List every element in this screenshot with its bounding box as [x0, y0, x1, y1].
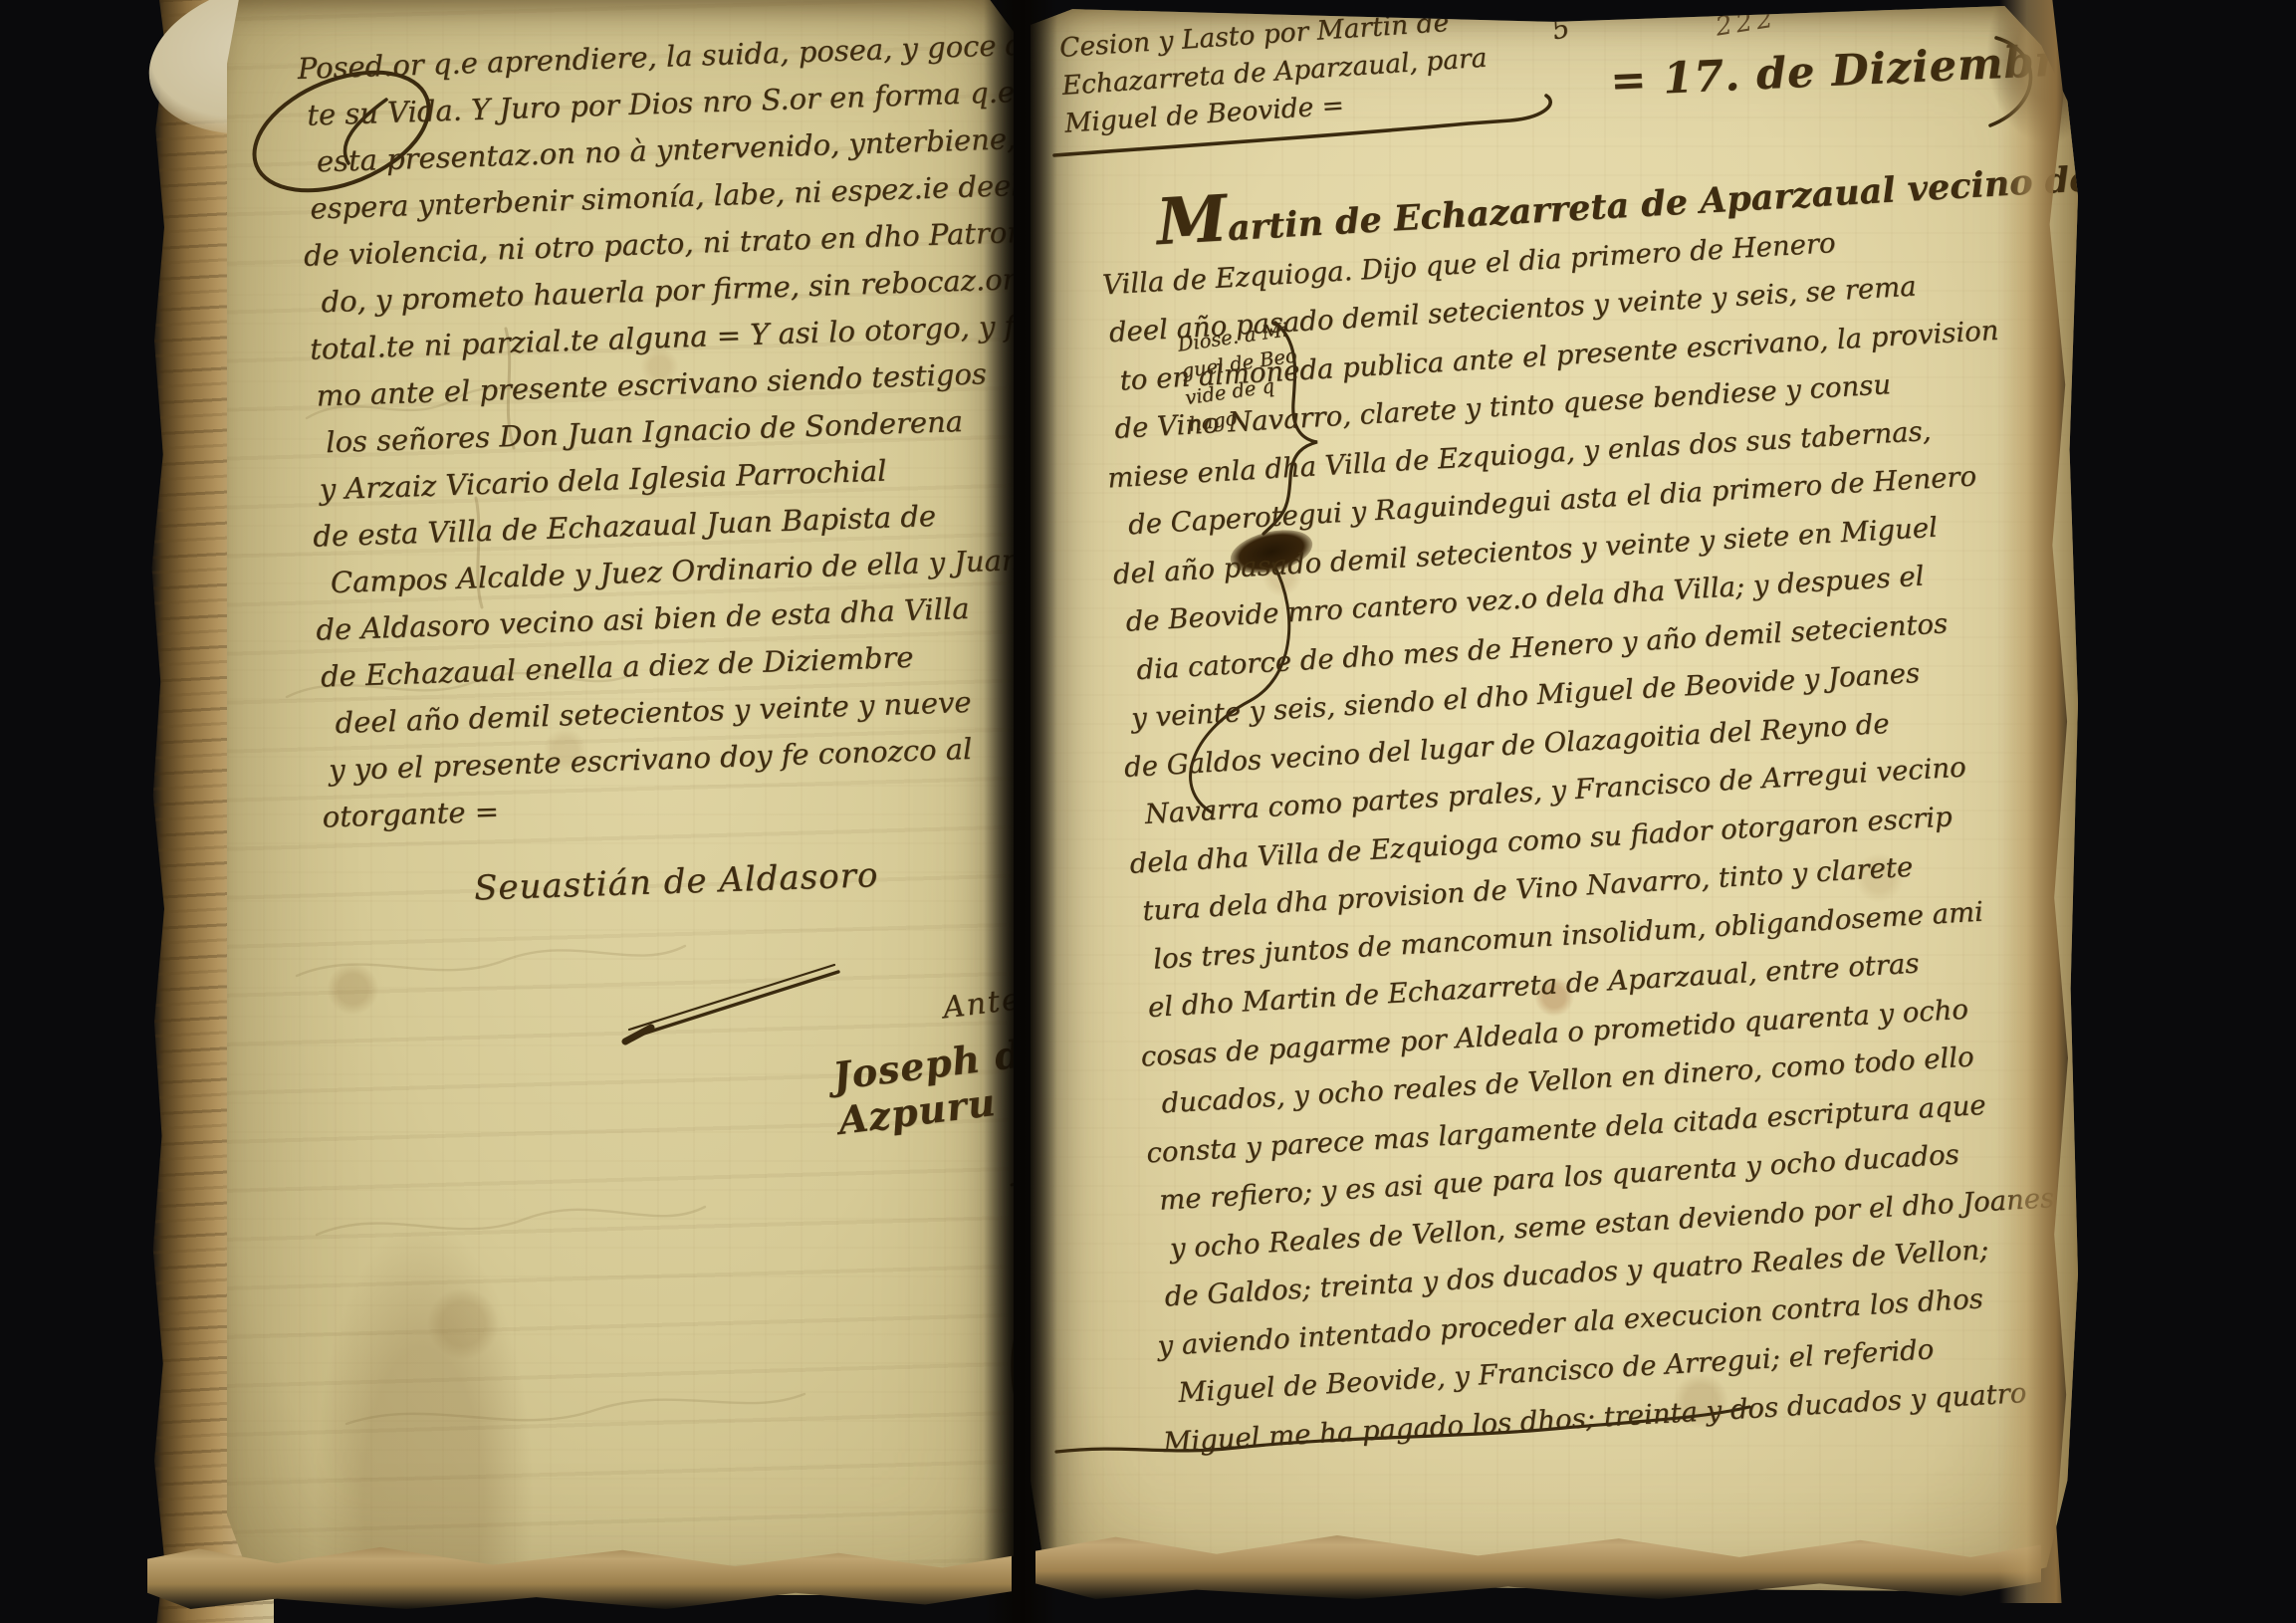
folio-number: 222 [1714, 3, 1779, 42]
left-page: Posed.or q.e aprendiere, la suida, posea… [227, 0, 1014, 1595]
right-page-deckle-edge [1999, 0, 2091, 1603]
manuscript-photo: Posed.or q.e aprendiere, la suida, posea… [0, 0, 2296, 1623]
pen-dash-flourish [617, 954, 856, 1053]
left-page-lines: Posed.or q.e aprendiere, la suida, posea… [297, 24, 975, 840]
header-underline-flourish [1040, 92, 1598, 171]
right-page: Cesion y Lasto por Martin de Echazarreta… [1031, 6, 2078, 1591]
right-page-text: Martin de Echazarreta de Aparzaual vecin… [1092, 159, 2089, 1466]
closing-flourish-line [1044, 1392, 1781, 1472]
left-page-text: Posed.or q.e aprendiere, la suida, posea… [297, 24, 978, 917]
entry-date: = 17. de Diziembre de 1729 = [1609, 23, 2296, 107]
